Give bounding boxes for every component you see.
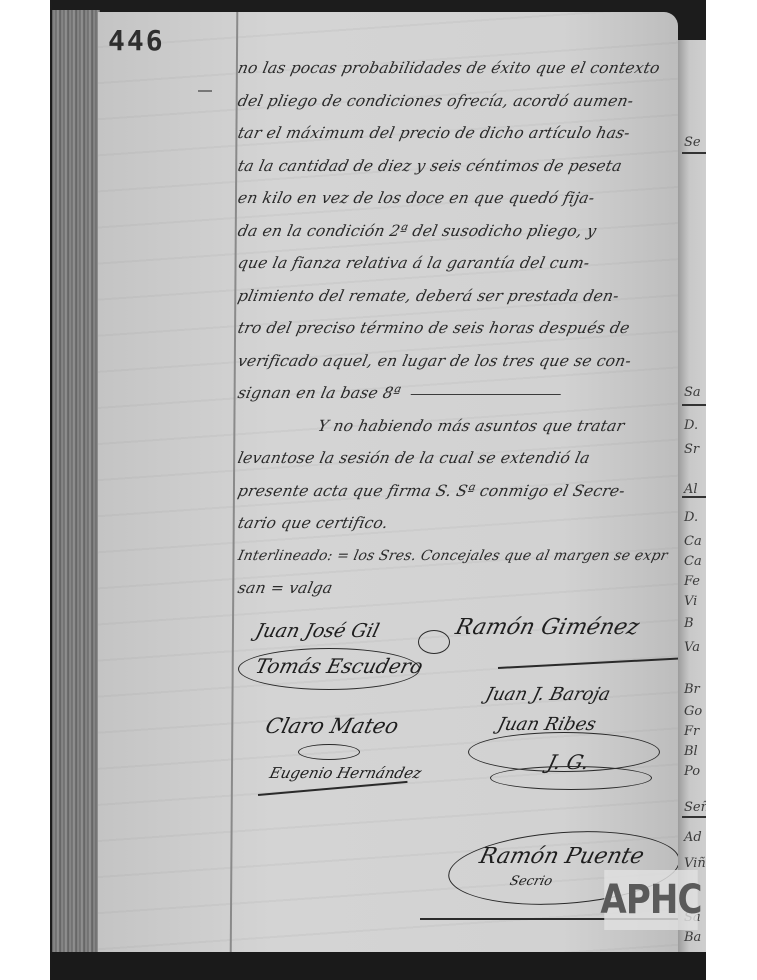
interlineado-line: Interlineado: = los Sres. Concejales que… xyxy=(235,540,672,573)
next-page-fragment: D. xyxy=(684,418,698,433)
next-page-fragment: Sa xyxy=(684,385,701,400)
next-page-fragment: Br xyxy=(684,682,700,697)
next-page-fragment: Ad xyxy=(684,830,702,845)
body-line: en kilo en vez de los doce en que quedó … xyxy=(235,182,672,215)
body-line: no las pocas probabilidades de éxito que… xyxy=(235,52,672,85)
signature-ramon-puente: Ramón Puente xyxy=(477,844,647,869)
body-line: tro del preciso término de seis horas de… xyxy=(235,312,672,345)
next-page-fragment: Vi xyxy=(684,594,697,609)
margin-mark xyxy=(198,90,212,92)
signature-flourish xyxy=(418,630,450,654)
body-line: ta la cantidad de diez y seis céntimos d… xyxy=(235,150,672,183)
body-line: da en la condición 2ª del susodicho plie… xyxy=(235,215,672,248)
next-page-fragment: Sr xyxy=(684,442,699,457)
signature-flourish xyxy=(298,744,360,760)
signature-ramon-gimenez: Ramón Giménez xyxy=(453,615,642,640)
body-line: tar el máximum del precio de dicho artíc… xyxy=(235,117,672,150)
secretary-title: Secrio xyxy=(508,874,554,889)
next-page-rule xyxy=(682,496,706,498)
next-page-fragment: Va xyxy=(684,640,700,655)
next-page-fragment: Ca xyxy=(684,554,702,569)
minutes-text: no las pocas probabilidades de éxito que… xyxy=(238,52,668,605)
next-page-fragment: Po xyxy=(684,764,700,779)
signature-claro-mateo: Claro Mateo xyxy=(263,714,401,738)
body-line: plimiento del remate, deberá ser prestad… xyxy=(235,280,672,313)
signature-juan-j-baroja: Juan J. Baroja xyxy=(483,684,612,705)
body-line: que la fianza relativa á la garantía del… xyxy=(235,247,672,280)
next-page-fragment: Ca xyxy=(684,534,702,549)
closing-line: tario que certifico. xyxy=(235,507,672,540)
ledger-page: 446 no las pocas probabilidades de éxito… xyxy=(98,12,678,956)
next-page-rule xyxy=(682,404,706,406)
next-page-fragment: Señ xyxy=(684,800,706,815)
ledger-scan: 446 no las pocas probabilidades de éxito… xyxy=(50,0,706,980)
body-line: signan en la base 8ª xyxy=(235,377,672,410)
next-page-fragment: Se xyxy=(684,135,701,150)
signature-underline xyxy=(498,656,703,668)
archive-watermark: APHC xyxy=(604,870,698,930)
next-page-fragment: D. xyxy=(684,510,698,525)
next-page-fragment: Bl xyxy=(684,744,698,759)
next-page-fragment: Viña xyxy=(684,856,706,871)
interlineado-line: san = valga xyxy=(235,572,672,605)
next-page-fragment: Fr xyxy=(684,724,699,739)
next-page-fragment: Ba xyxy=(684,930,701,945)
next-page-rule xyxy=(682,152,706,154)
body-line: del pliego de condiciones ofrecía, acord… xyxy=(235,85,672,118)
closing-line: presente acta que firma S. Sª conmigo el… xyxy=(235,475,672,508)
margin-rule xyxy=(230,12,239,956)
folio-number: 446 xyxy=(108,24,165,57)
page-stack-edges xyxy=(52,10,100,955)
next-page-rule xyxy=(682,816,706,818)
signature-underline xyxy=(258,781,408,796)
signature-flourish xyxy=(490,766,652,790)
next-page-fragment: Fe xyxy=(684,574,700,589)
closing-line: Y no habiendo más asuntos que tratar xyxy=(235,410,672,443)
next-page-fragment: B xyxy=(684,616,694,631)
body-line: verificado aquel, en lugar de los tres q… xyxy=(235,345,672,378)
signature-eugenio-hernandez: Eugenio Hernández xyxy=(268,764,424,782)
next-page-fragment: Go xyxy=(684,704,702,719)
signature-tomas-escudero: Tomás Escudero xyxy=(253,654,426,678)
closing-line: levantose la sesión de la cual se extend… xyxy=(235,442,672,475)
signature-juan-jose-gil: Juan José Gil xyxy=(253,620,381,642)
next-page-edge xyxy=(678,40,706,955)
next-page-fragment: Al xyxy=(684,482,698,497)
book-edge-shadow xyxy=(50,952,706,980)
